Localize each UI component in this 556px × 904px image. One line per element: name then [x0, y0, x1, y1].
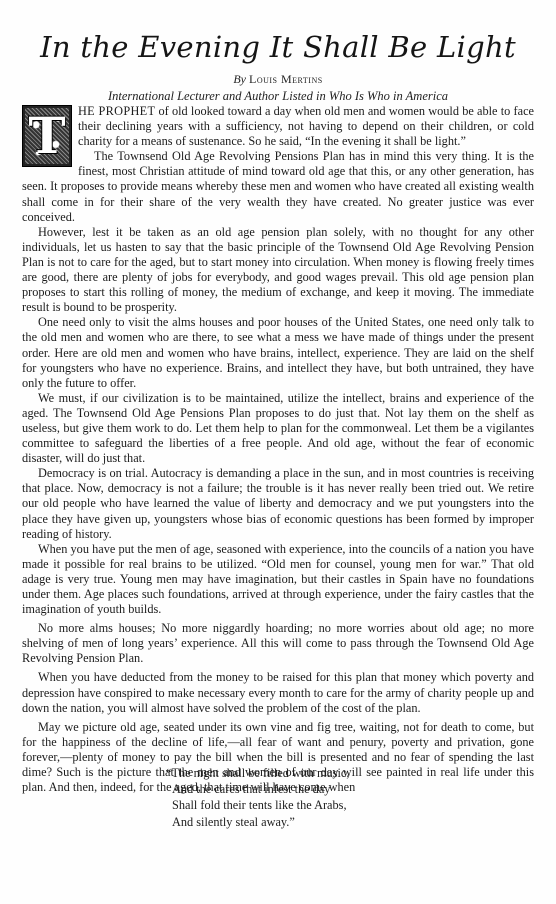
poem-line: And the cares that infest the day: [166, 781, 466, 797]
paragraph-3: However, lest it be taken as an old age …: [22, 225, 534, 316]
author-name: Louis Mertins: [249, 72, 323, 86]
byline-prefix: By: [233, 72, 246, 86]
drop-cap-letter: T: [23, 106, 71, 166]
paragraph-4: One need only to visit the alms houses a…: [22, 315, 534, 390]
paragraph-7: When you have put the men of age, season…: [22, 542, 534, 617]
author-description: International Lecturer and Author Listed…: [0, 89, 556, 104]
ornamental-drop-cap-icon: T: [22, 105, 72, 167]
article-body: T HE PROPHET of old looked toward a day …: [22, 104, 534, 795]
lead-in-text: HE PROPHET: [78, 104, 155, 118]
paragraph-1: T HE PROPHET of old looked toward a day …: [22, 104, 534, 149]
paragraph-9: When you have deducted from the money to…: [22, 670, 534, 715]
paragraph-8: No more alms houses; No more niggardly h…: [22, 621, 534, 666]
article-title: In the Evening It Shall Be Light: [0, 30, 556, 64]
poem-quote: “The night shall be filled with music, A…: [166, 765, 466, 830]
poem-line: And silently steal away.”: [166, 814, 466, 830]
paragraph-2: The Townsend Old Age Revolving Pensions …: [22, 149, 534, 224]
poem-line: Shall fold their tents like the Arabs,: [166, 797, 466, 813]
paragraph-5: We must, if our civilization is to be ma…: [22, 391, 534, 466]
poem-line: “The night shall be filled with music,: [166, 765, 466, 781]
document-page: In the Evening It Shall Be Light By Loui…: [0, 0, 556, 904]
byline: By Louis Mertins: [0, 72, 556, 87]
paragraph-6: Democracy is on trial. Autocracy is dema…: [22, 466, 534, 541]
